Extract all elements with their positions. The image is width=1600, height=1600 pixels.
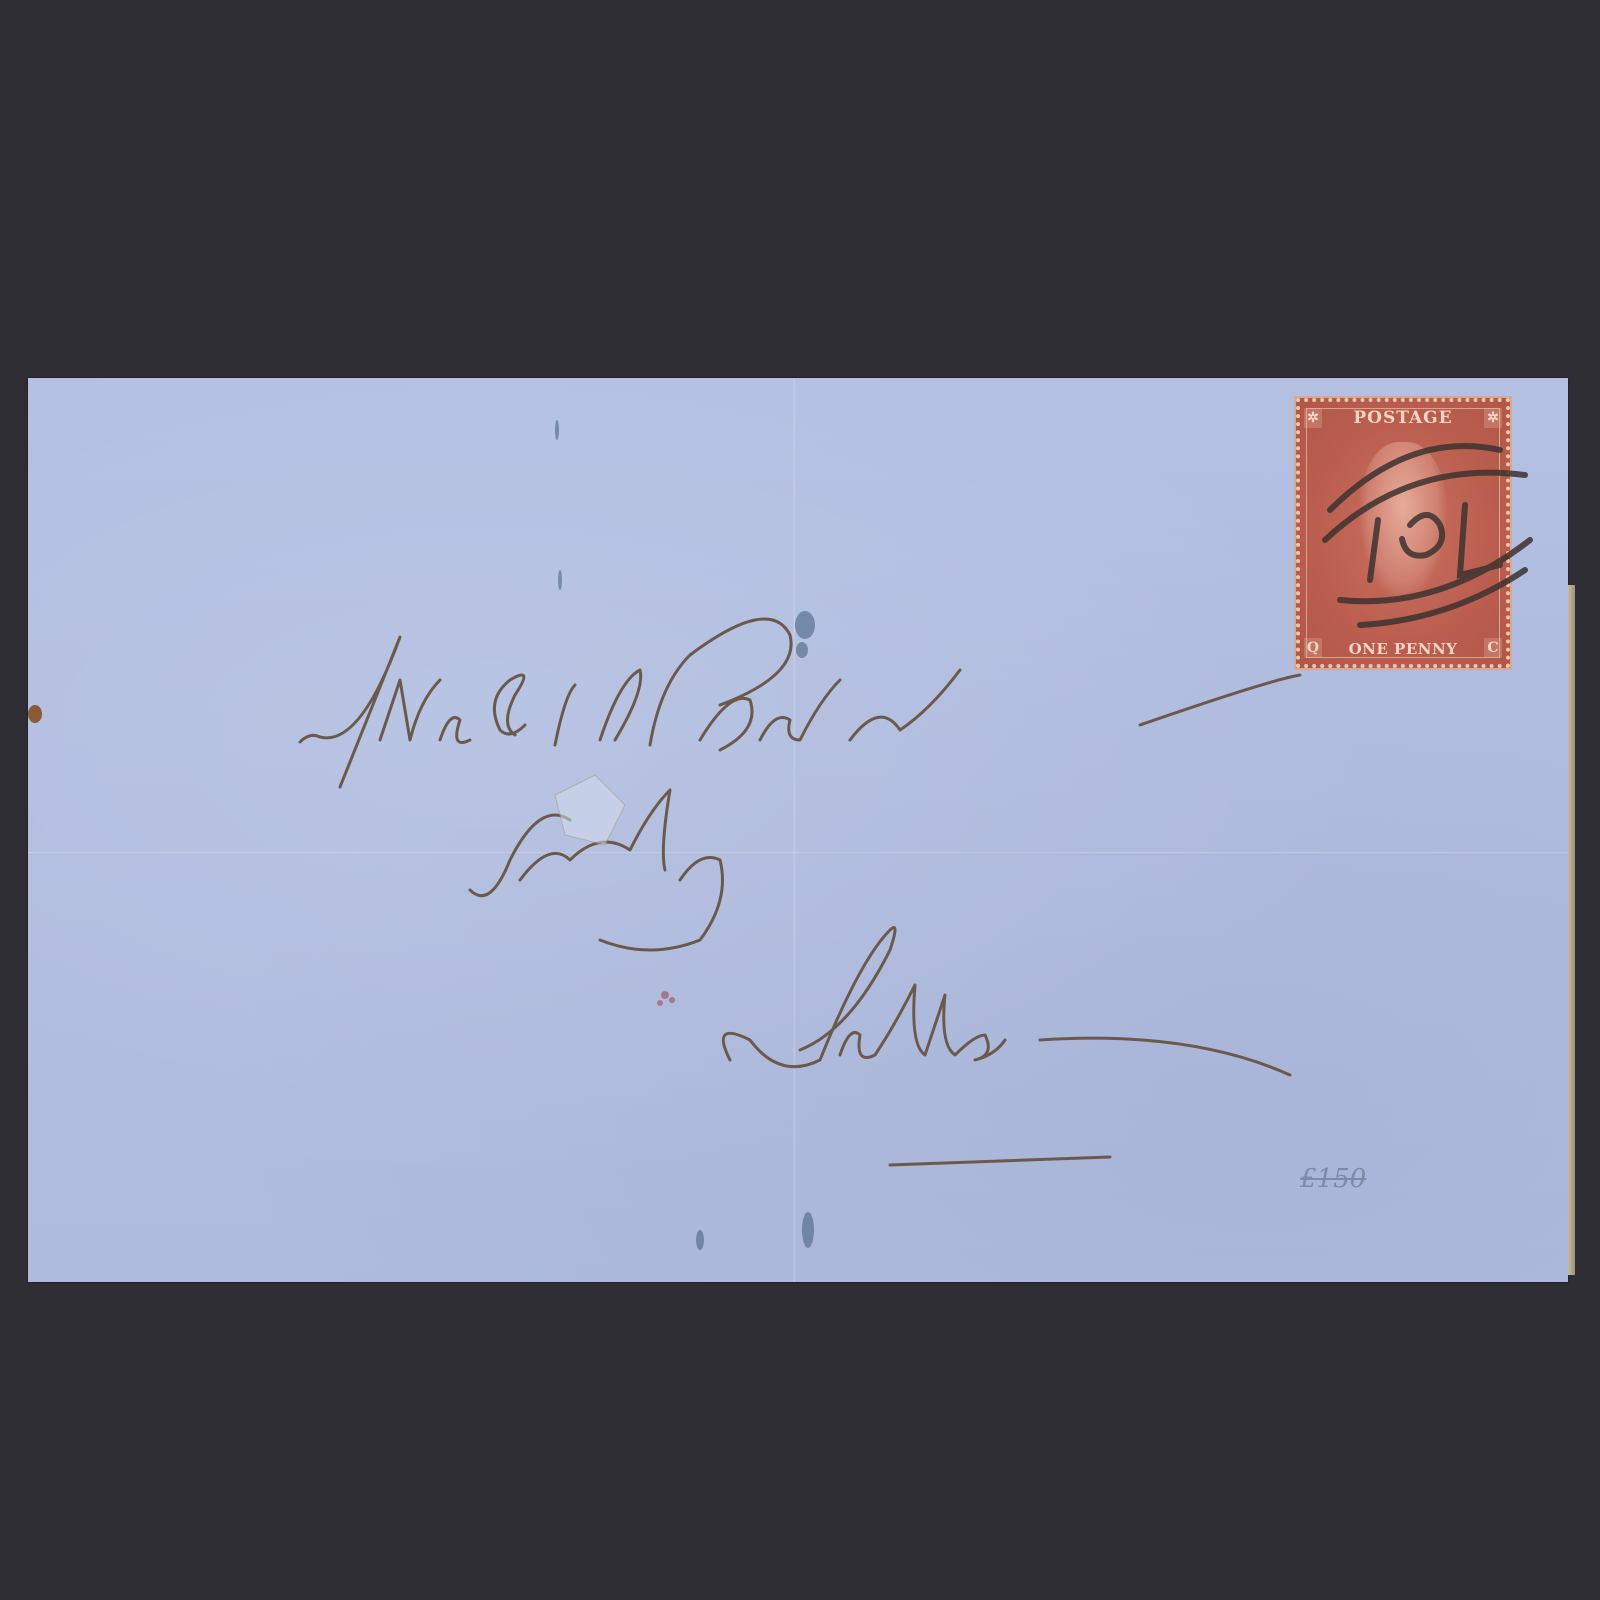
handwritten-address [0, 0, 1600, 1600]
pencil-price-note: £150 [1300, 1164, 1366, 1194]
